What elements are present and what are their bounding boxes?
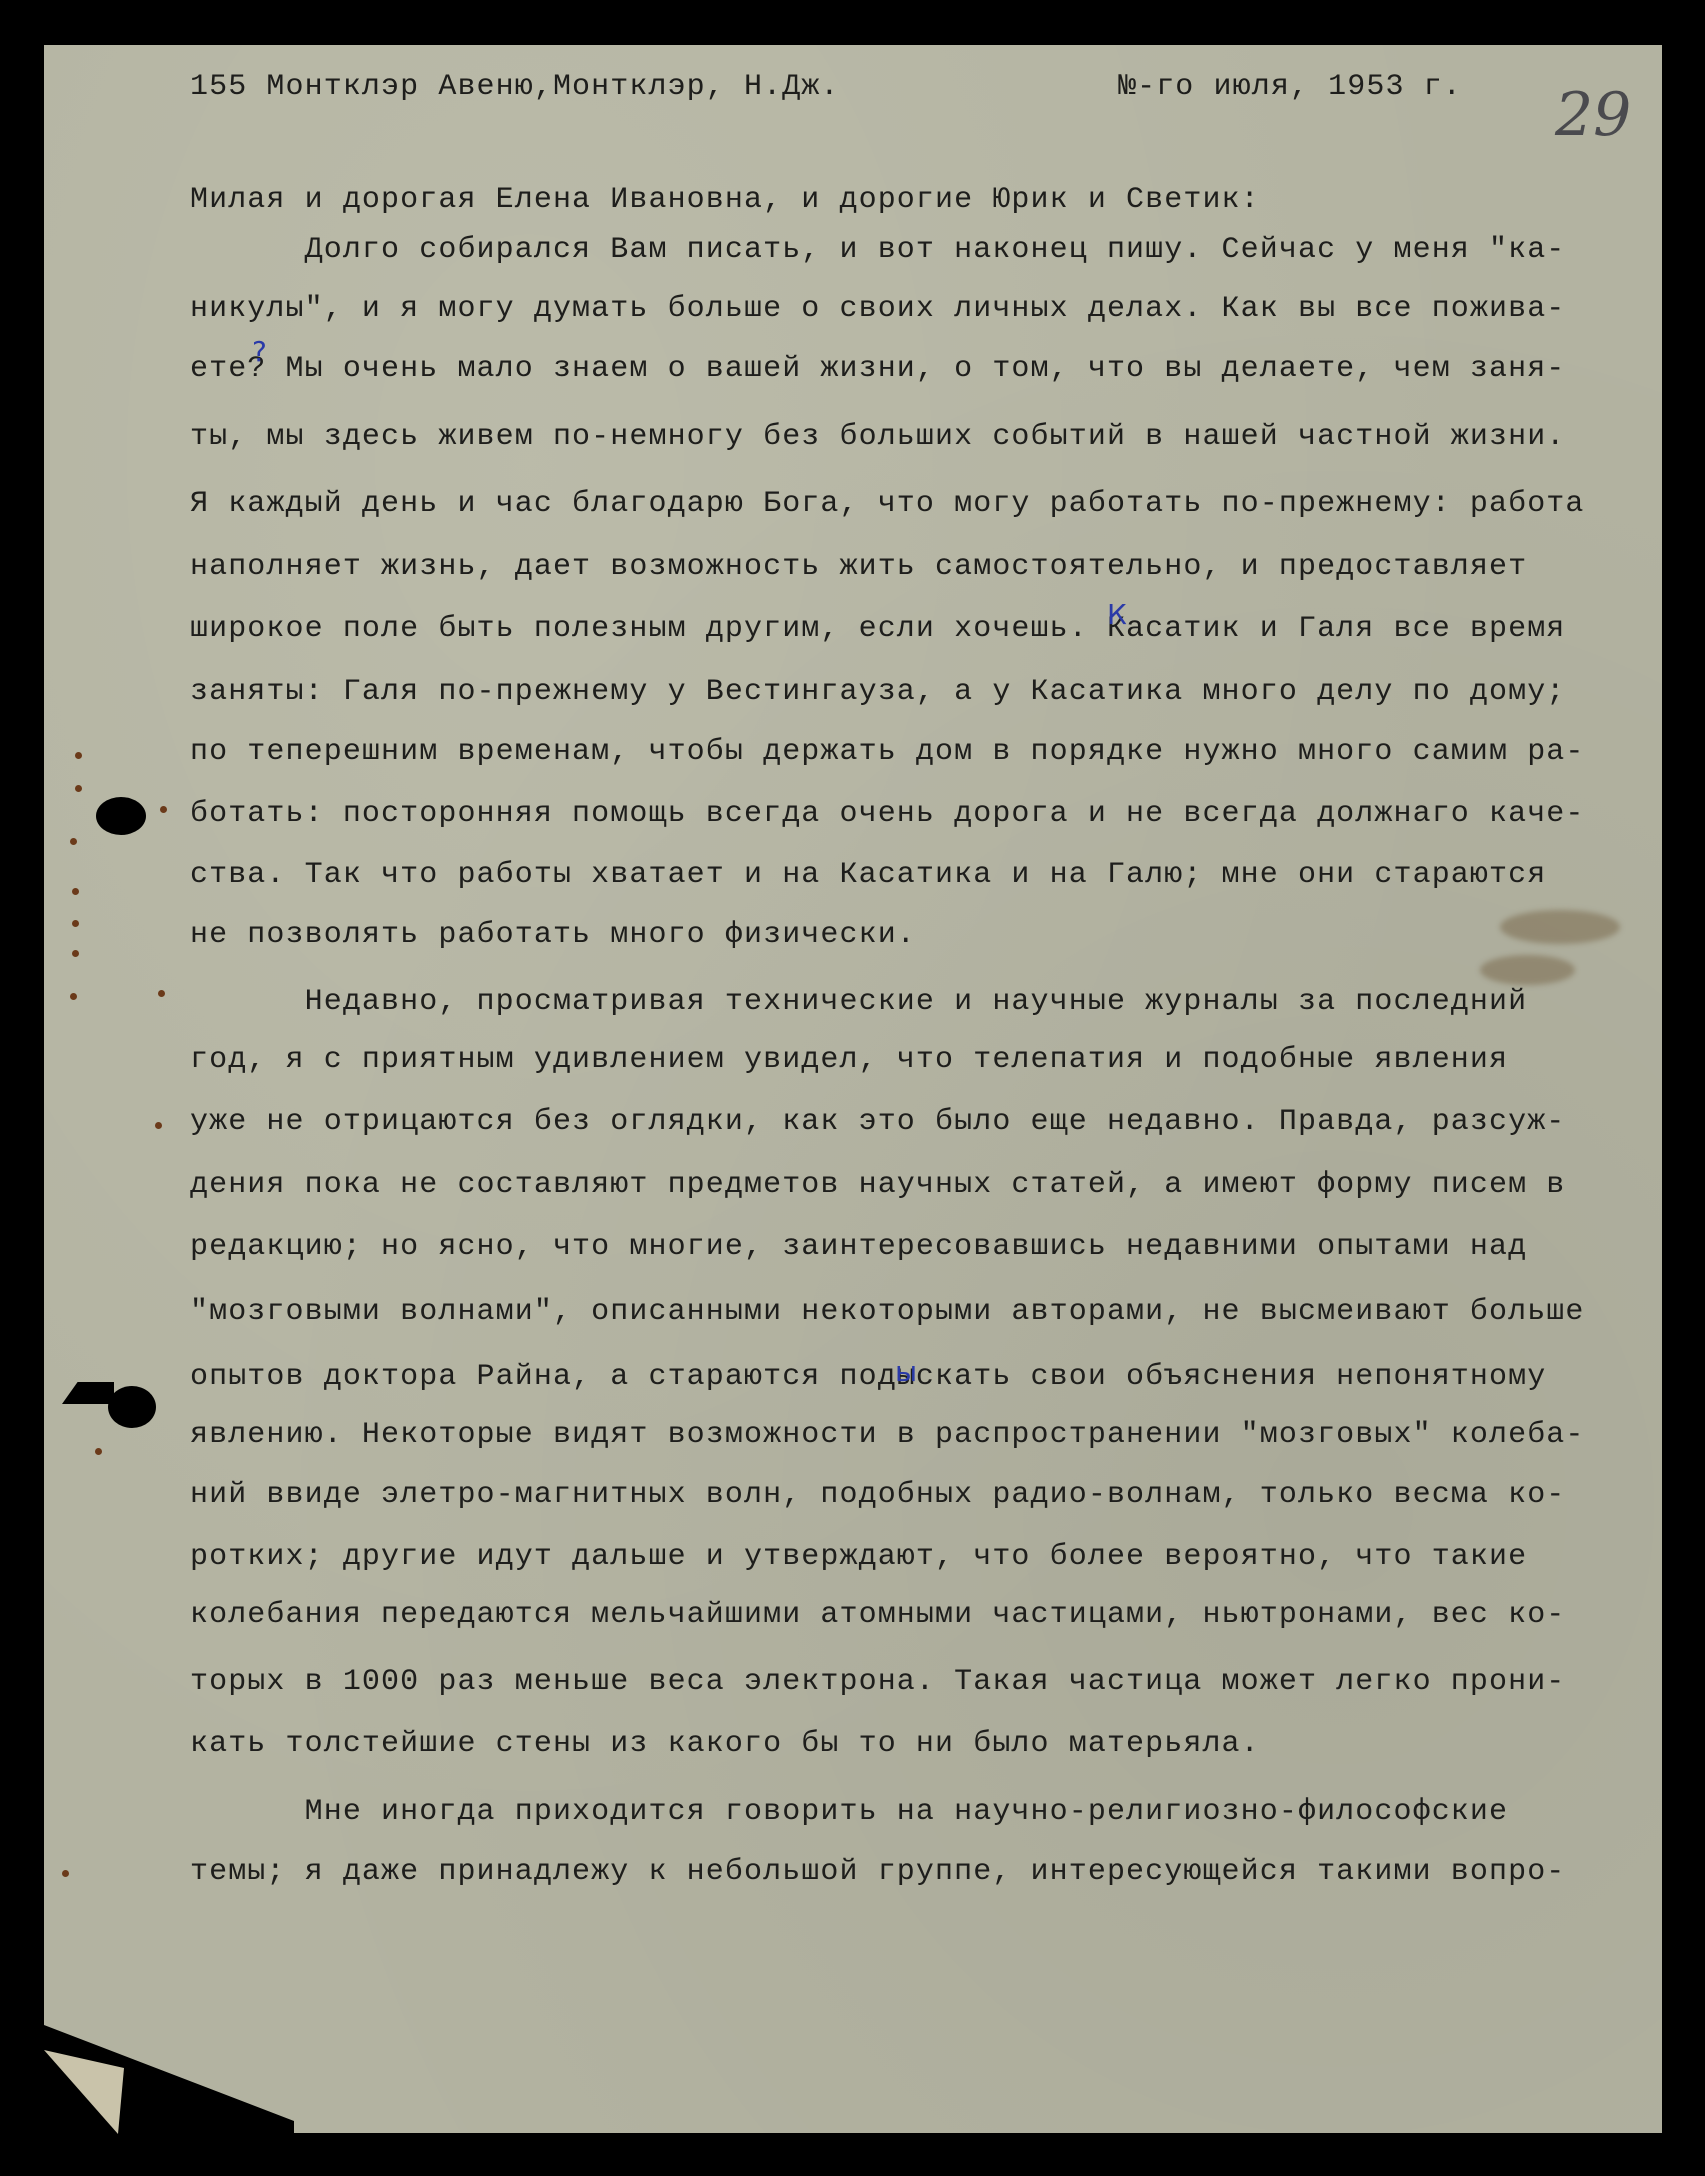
body-line: ства. Так что работы хватает и на Касати…	[190, 858, 1546, 892]
body-line: наполняет жизнь, дает возможность жить с…	[190, 550, 1527, 584]
rust-spot	[70, 838, 77, 845]
body-line: ты, мы здесь живем по-немногу без больши…	[190, 420, 1565, 454]
rust-spot	[155, 1122, 162, 1129]
punch-hole	[108, 1386, 156, 1428]
punch-hole	[96, 797, 146, 835]
body-line: Долго собирался Вам писать, и вот наконе…	[190, 233, 1565, 267]
body-line: уже не отрицаются без оглядки, как это б…	[190, 1105, 1565, 1139]
body-line: опытов доктора Райна, а стараются подыск…	[190, 1360, 1546, 1394]
stain	[1480, 955, 1575, 985]
ink-k-correction: К	[1107, 598, 1127, 631]
body-line: явлению. Некоторые видят возможности в р…	[190, 1418, 1585, 1452]
body-line: колебания передаются мельчайшими атомным…	[190, 1598, 1565, 1632]
rust-spot	[72, 920, 79, 927]
body-line: кать толстейшие стены из какого бы то ни…	[190, 1727, 1260, 1761]
body-line: никулы", и я могу думать больше о своих …	[190, 292, 1565, 326]
rust-spot	[72, 888, 79, 895]
body-line: год, я с приятным удивлением увидел, что…	[190, 1043, 1508, 1077]
rust-spot	[95, 1448, 102, 1455]
body-line: редакцию; но ясно, что многие, заинтерес…	[190, 1230, 1527, 1264]
body-line: ботать: посторонняя помощь всегда очень …	[190, 797, 1585, 831]
ink-question-mark: ?	[252, 335, 267, 368]
body-line: ротких; другие идут дальше и утверждают,…	[190, 1540, 1527, 1574]
rust-spot	[72, 950, 79, 957]
body-line: "мозговыми волнами", описанными некоторы…	[190, 1295, 1585, 1329]
sender-address: 155 Монтклэр Авеню,Монтклэр, Н.Дж.	[190, 70, 840, 104]
salutation: Милая и дорогая Елена Ивановна, и дороги…	[190, 183, 1260, 217]
body-line: ний ввиде элетро-магнитных волн, подобны…	[190, 1478, 1565, 1512]
body-line: ете? Мы очень мало знаем о вашей жизни, …	[190, 352, 1565, 386]
folded-corner	[44, 2050, 124, 2134]
letter-date: №-го июля, 1953 г.	[1118, 70, 1462, 104]
body-line: по теперешним временам, чтобы держать до…	[190, 735, 1585, 769]
ink-y-correction: ы	[895, 1355, 917, 1388]
body-line: заняты: Галя по-прежнему у Вестингауза, …	[190, 675, 1565, 709]
rust-spot	[75, 752, 82, 759]
page-number-handwritten: 29	[1555, 80, 1631, 150]
rust-spot	[70, 993, 77, 1000]
body-line: темы; я даже принадлежу к небольшой груп…	[190, 1855, 1565, 1889]
body-line: торых в 1000 раз меньше веса электрона. …	[190, 1665, 1565, 1699]
rust-spot	[62, 1870, 69, 1877]
rust-spot	[158, 990, 165, 997]
body-line: дения пока не составляют предметов научн…	[190, 1168, 1565, 1202]
stain	[1500, 910, 1620, 944]
body-line: Я каждый день и час благодарю Бога, что …	[190, 487, 1585, 521]
body-line: не позволять работать много физически.	[190, 918, 916, 952]
body-line: широкое поле быть полезным другим, если …	[190, 612, 1565, 646]
body-line: Мне иногда приходится говорить на научно…	[190, 1795, 1508, 1829]
rust-spot	[75, 785, 82, 792]
body-line: Недавно, просматривая технические и науч…	[190, 985, 1527, 1019]
rust-spot	[160, 806, 167, 813]
